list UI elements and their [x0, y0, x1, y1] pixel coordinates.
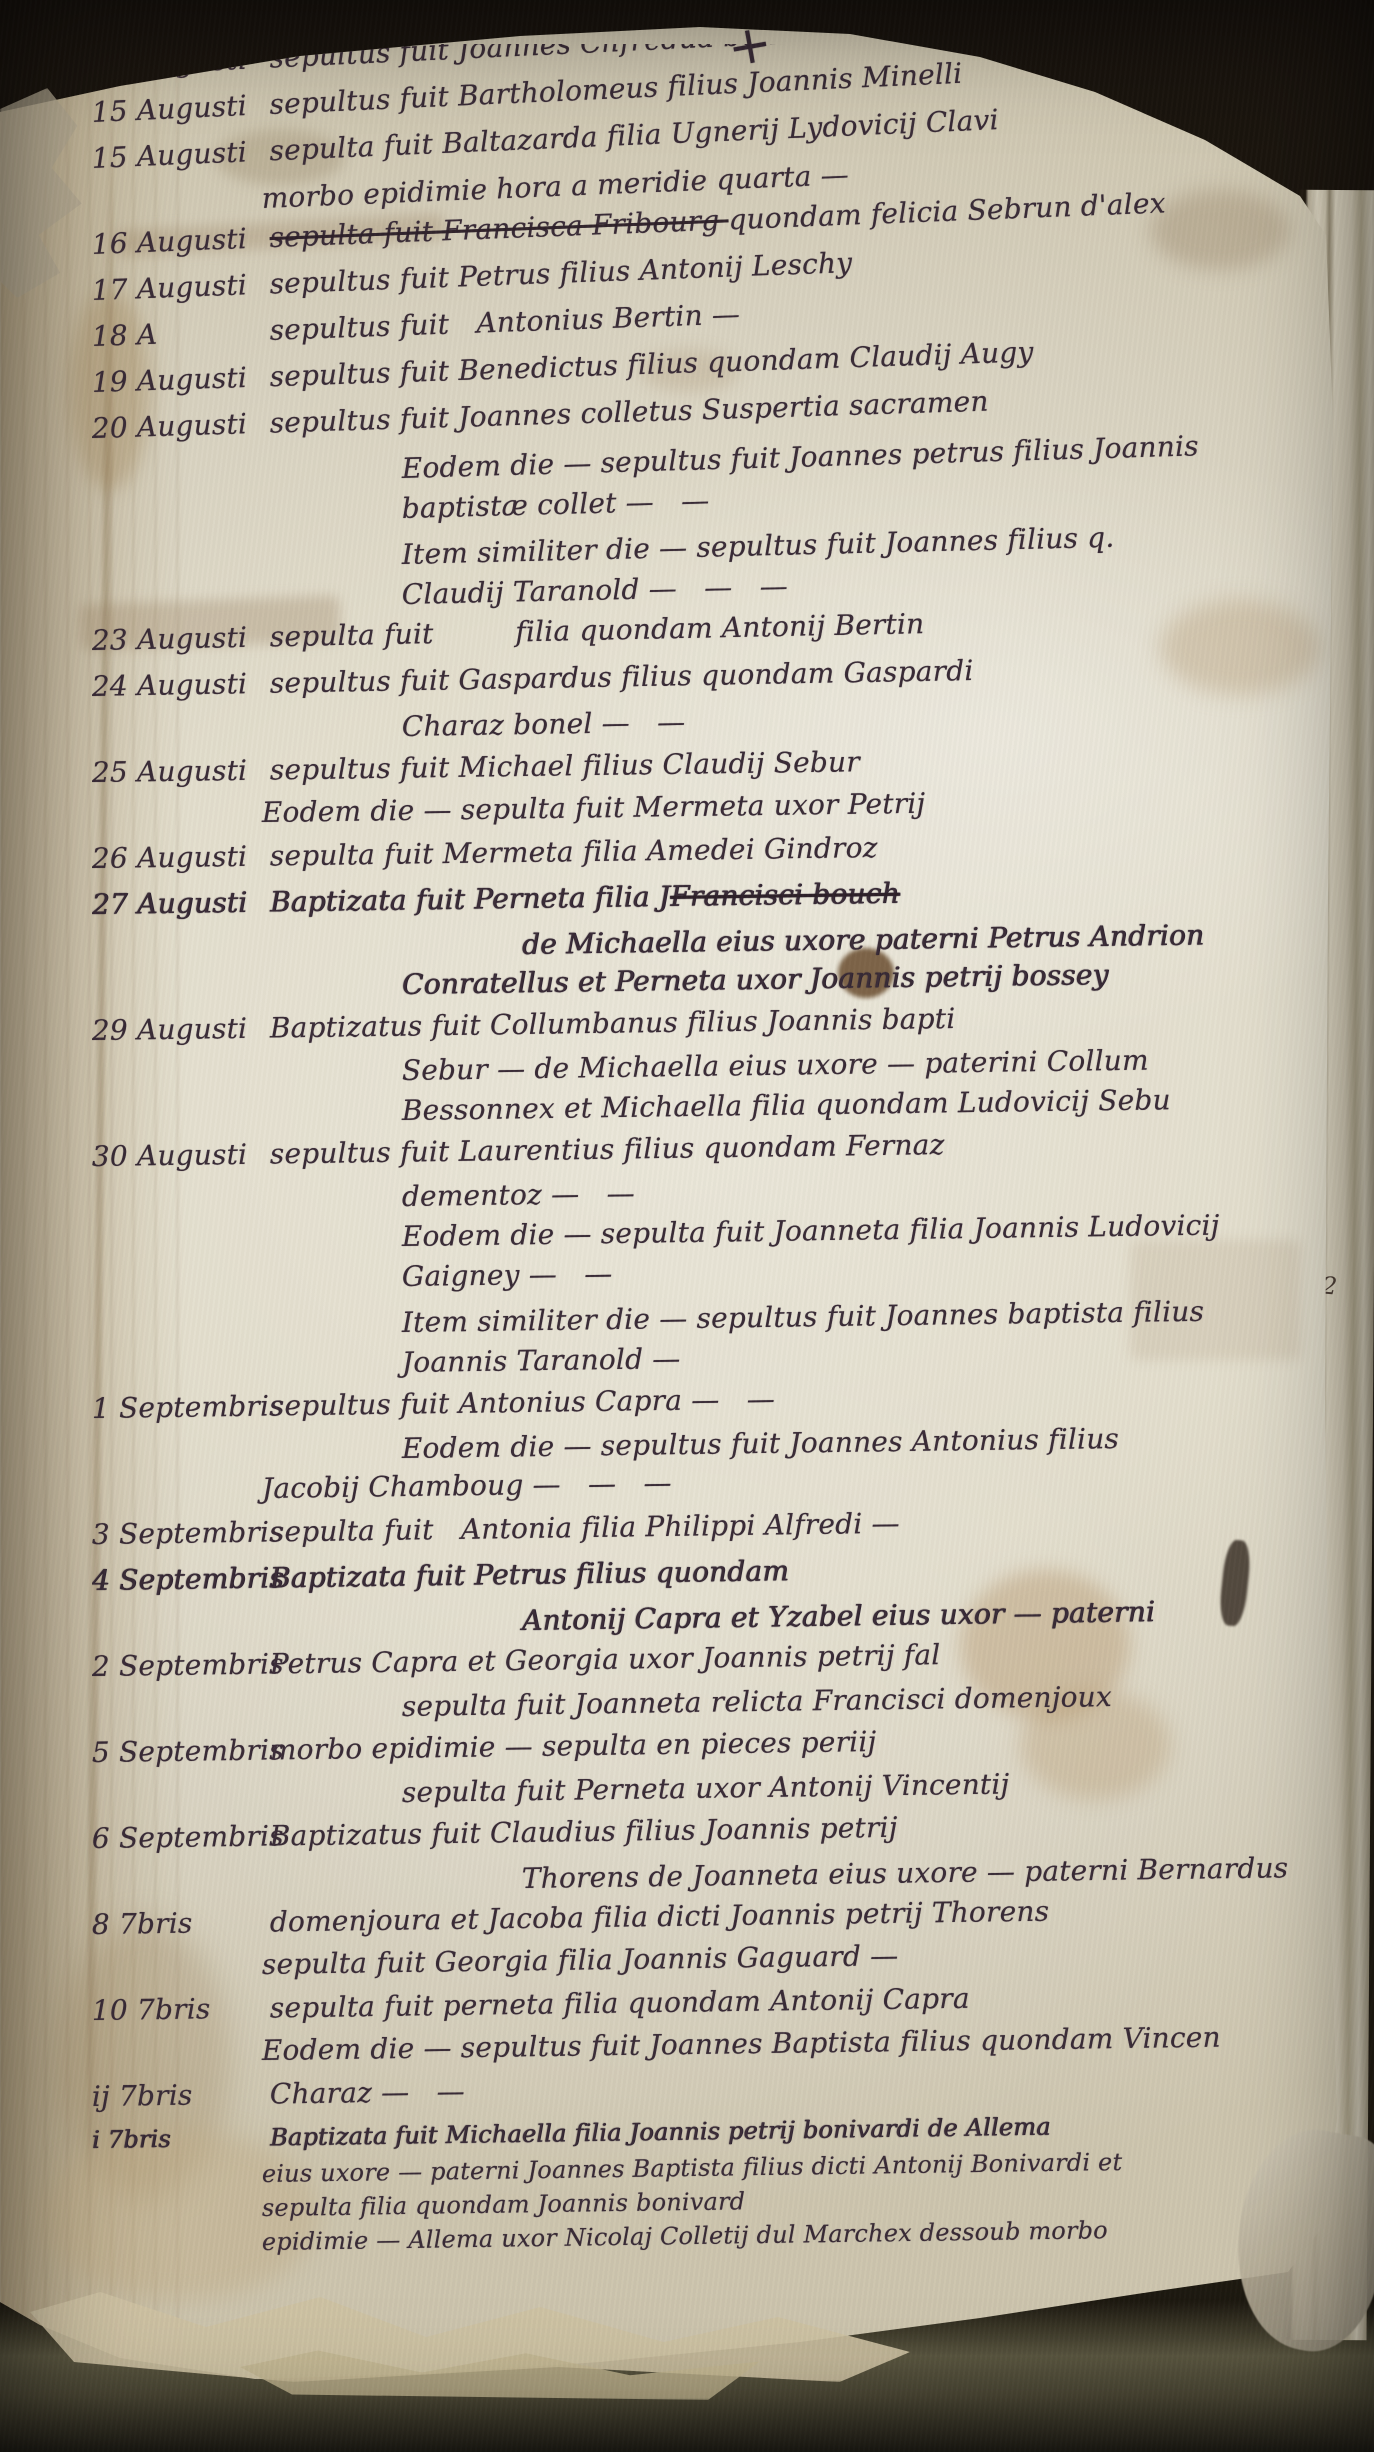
entry-text: sepulta fuit Perneta uxor Antonij Vincen…	[402, 1768, 1010, 1809]
entry-date: 20 Augusti	[92, 407, 270, 445]
register-text: 14 Augustisepultus fuit Joannes Chfredua…	[92, 44, 1344, 2306]
entry-text: sepulta fuit Antonia filia Philippi Alfr…	[270, 1507, 900, 1549]
entry-text: Antonij Capra et Yzabel eius uxor — pate…	[522, 1595, 1155, 1637]
entry-text: Charaz — —	[270, 2075, 465, 2111]
entry-text: sepulta fuit Joanneta relicta Francisci …	[402, 1680, 1112, 1723]
entry-text: sepultus fuit Laurentius filius quondam …	[270, 1128, 945, 1170]
entry-text: Petrus Capra et Georgia uxor Joannis pet…	[270, 1638, 941, 1680]
photo-background: 2 2 + 14 Augustisepultus fuit Joannes Ch…	[0, 0, 1374, 2452]
entry-text: sepultus fuit Gaspardus filius quondam G…	[270, 654, 974, 700]
entry-text: Thorens de Joanneta eius uxore — paterni…	[522, 1851, 1289, 1895]
entry-text: Baptizata fuit Michaella filia Joannis p…	[270, 2113, 1051, 2152]
entry-text: Baptizata fuit Petrus filius quondam	[270, 1554, 789, 1594]
entry-date: 29 Augusti	[92, 1012, 270, 1047]
entry-date: 24 Augusti	[92, 667, 270, 703]
entry-text: baptistæ collet — —	[401, 484, 709, 525]
entry-date: 15 Augusti	[92, 88, 270, 129]
entry-date: 17 Augusti	[92, 267, 270, 307]
entry-text: Baptizatus fuit Claudius filius Joannis …	[270, 1811, 898, 1853]
entry-date: 1 Septembris	[92, 1390, 270, 1425]
entry-text: Gaigney — —	[402, 1257, 613, 1293]
entry-date: 16 Augusti	[92, 221, 270, 261]
entry-date: 26 Augusti	[92, 840, 270, 875]
entry-date: 15 Augusti	[92, 134, 270, 175]
entry-date: 4 Septembris	[92, 1562, 270, 1597]
entry-date: 6 Septembris	[92, 1820, 270, 1855]
entry-date: 18 A	[92, 314, 270, 353]
struck-text: Francisci bouch	[670, 877, 900, 913]
entry-text: Baptizatus fuit Collumbanus filius Joann…	[270, 1002, 956, 1045]
entry-text: domenjoura et Jacoba filia dicti Joannis…	[270, 1895, 1050, 1939]
entry-text: sepulta filia quondam Joannis bonivard	[262, 2187, 746, 2222]
entry-text: sepultus fuit Michael filius Claudij Seb…	[270, 745, 860, 786]
entry-date: 3 Septembris	[92, 1516, 270, 1551]
entry-date: 5 Septembris	[92, 1734, 270, 1769]
entry-date: 8 7bris	[92, 1906, 270, 1941]
entry-date: 25 Augusti	[92, 754, 270, 789]
manuscript-page: + 14 Augustisepultus fuit Joannes Chfred…	[0, 0, 1374, 2452]
entry-date: 27 Augusti	[92, 886, 270, 921]
entry-text: de Michaella eius uxore paterni Petrus A…	[522, 918, 1205, 961]
entry-date: ij 7bris	[92, 2078, 270, 2113]
entry-text: Charaz bonel — —	[402, 705, 686, 743]
entry-text: sepulta fuit Mermeta filia Amedei Gindro…	[270, 831, 878, 872]
entry-date: 19 Augusti	[92, 360, 270, 399]
entry-text: Item similiter die — sepultus fuit Joann…	[402, 1295, 1205, 1339]
entry-text: Conratellus et Perneta uxor Joannis petr…	[402, 958, 1109, 1001]
entry-date: 23 Augusti	[92, 620, 270, 657]
entry-text: Eodem die — sepulta fuit Mermeta uxor Pe…	[262, 787, 926, 829]
entry-text: sepulta fuit perneta filia quondam Anton…	[270, 1982, 970, 2025]
entry-text: sepultus fuit Antonius Capra — —	[270, 1382, 776, 1422]
entry-date: i 7bris	[92, 2124, 270, 2154]
entry-text: Jacobij Chamboug — — —	[262, 1466, 672, 1505]
entry-text: sepulta fuit filia quondam Antonij Berti…	[269, 607, 924, 653]
entry-text: Sebur — de Michaella eius uxore — pateri…	[402, 1044, 1149, 1087]
entry-text: dementoz — —	[402, 1177, 635, 1213]
entry-text: Joannis Taranold —	[402, 1342, 681, 1379]
entry-date: 2 Septembris	[92, 1648, 270, 1683]
entry-text: sepulta fuit Georgia filia Joannis Gagua…	[262, 1939, 899, 1981]
entry-date: 30 Augusti	[92, 1138, 270, 1173]
entry-date: 10 7bris	[92, 1992, 270, 2027]
entry-text: Eodem die — sepultus fuit Joannes Antoni…	[402, 1422, 1120, 1465]
entry-date: 14 Augusti	[92, 44, 270, 83]
entry-text: morbo epidimie — sepulta en pieces perii…	[270, 1725, 877, 1766]
entry-text: Baptizata fuit Perneta filia JFrancisci …	[270, 877, 900, 919]
